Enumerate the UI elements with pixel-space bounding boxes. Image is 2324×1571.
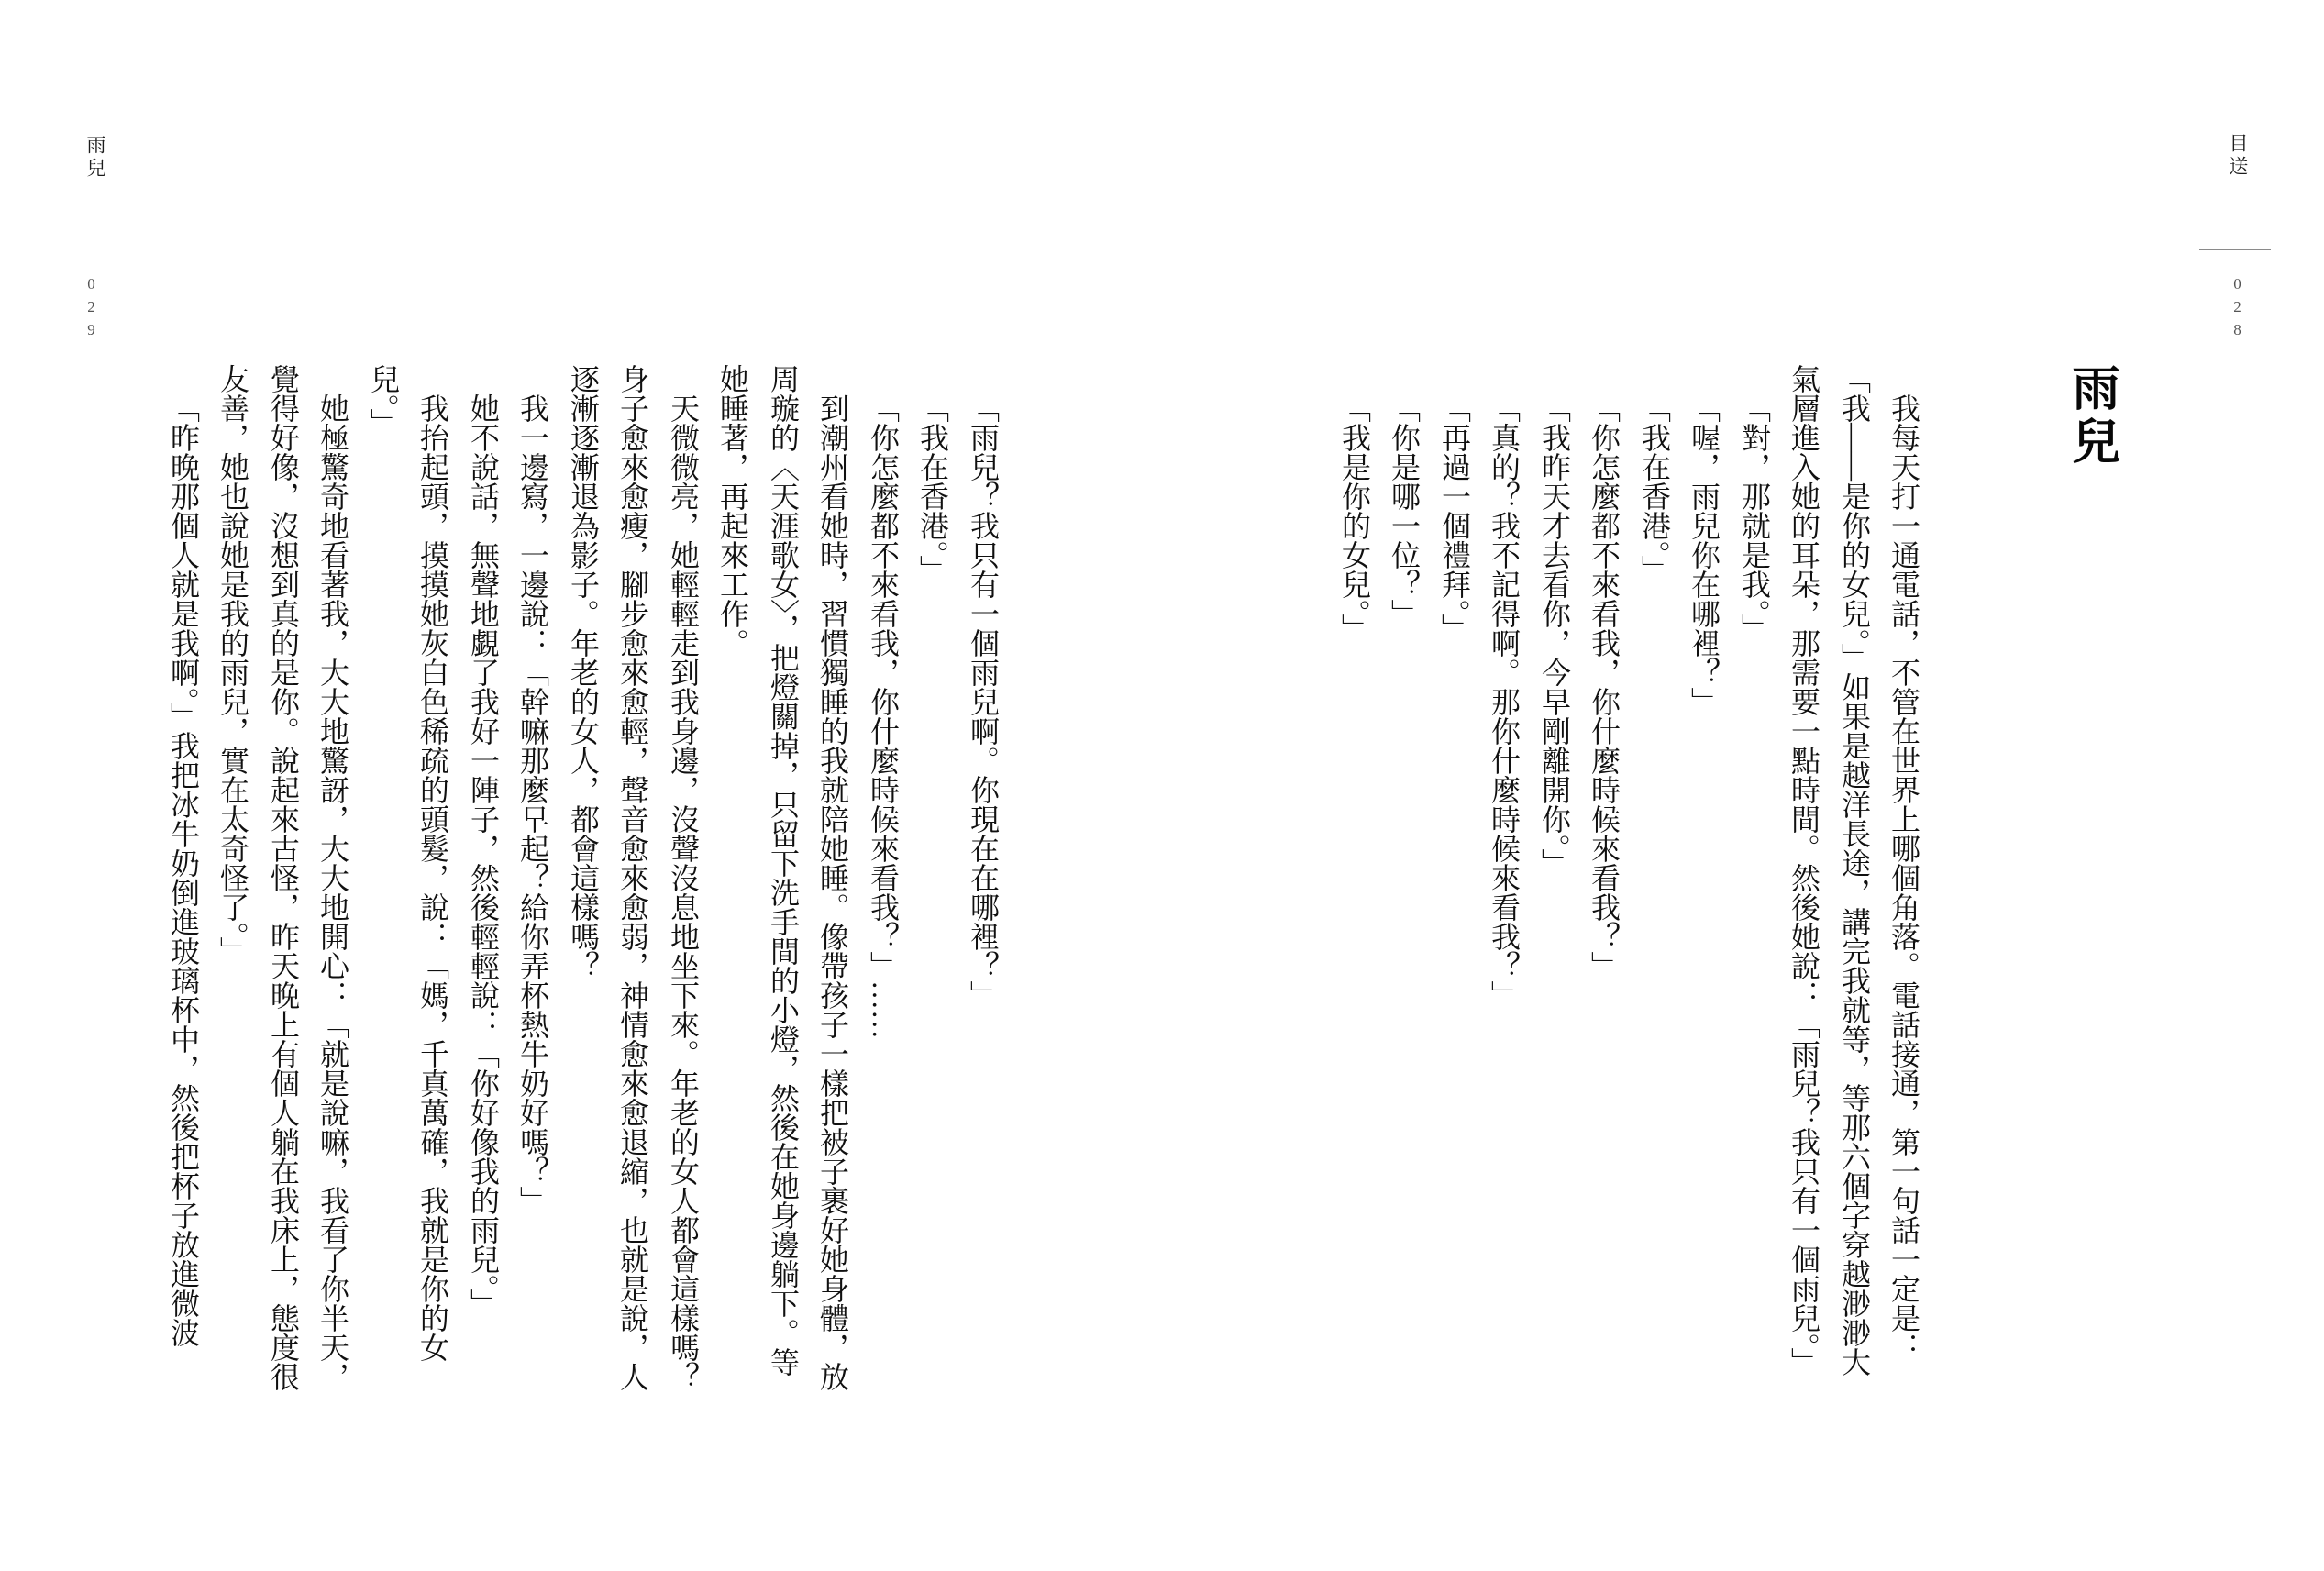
text-column: 友善，她也說她是我的雨兒，實在太奇怪了。」 — [208, 364, 258, 1446]
text-column: 周璇的〈天涯歌女〉，把燈關掉，只留下洗手間的小燈，然後在她身邊躺下。等 — [758, 364, 808, 1446]
running-header-right: 目送 — [2224, 133, 2252, 179]
page-number-right: 028 — [2228, 275, 2246, 344]
text-column: 「對，那就是我。」 — [1730, 364, 1779, 1476]
text-column: 我抬起頭，摸摸她灰白色稀疏的頭髮，說：「媽，千真萬確，我就是你的女 — [408, 364, 458, 1476]
page-number-left: 029 — [82, 275, 100, 344]
chapter-title: 雨兒 — [2056, 363, 2125, 470]
header-separator-rule — [2199, 249, 2271, 250]
text-column: 「真的？我不記得啊。那你什麼時候來看我？」 — [1479, 364, 1529, 1476]
running-header-left: 雨兒 — [82, 135, 109, 181]
text-column: 「再過一個禮拜。」 — [1430, 364, 1479, 1476]
text-column: 氣層進入她的耳朵，那需要一點時間。然後她說：「雨兒？我只有一個雨兒。」 — [1779, 364, 1829, 1446]
text-column: 我一邊寫，一邊說：「幹嘛那麼早起？給你弄杯熱牛奶好嗎？」 — [508, 364, 558, 1476]
text-column: 「我是你的女兒。」 — [1330, 364, 1379, 1476]
text-column: 「我——是你的女兒。」如果是越洋長途，講完我就等，等那六個字穿越渺渺大 — [1830, 364, 1879, 1446]
text-column: 我每天打一通電話，不管在世界上哪個角落。電話接通，第一句話一定是： — [1879, 364, 1929, 1476]
text-column: 到潮州看她時，習慣獨睡的我就陪她睡。像帶孩子一樣把被子裹好她身體，放 — [808, 364, 858, 1476]
text-column: 「你怎麼都不來看我，你什麼時候來看我？」 — [1579, 364, 1629, 1476]
text-column: 「你怎麼都不來看我，你什麼時候來看我？」…… — [858, 364, 908, 1476]
text-column: 「你是哪一位？」 — [1379, 364, 1429, 1476]
text-column: 逐漸逐漸退為影子。年老的女人，都會這樣嗎？ — [559, 364, 608, 1446]
text-column: 兒。」 — [359, 364, 408, 1446]
text-column: 「我在香港。」 — [908, 364, 957, 1476]
text-column: 「昨晚那個人就是我啊。」我把冰牛奶倒進玻璃杯中，然後把杯子放進微波 — [159, 364, 208, 1476]
text-column: 「我在香港。」 — [1630, 364, 1679, 1476]
text-column: 她不說話，無聲地覷了我好一陣子，然後輕輕說：「你好像我的雨兒。」 — [459, 364, 508, 1476]
text-column: 「雨兒？我只有一個雨兒啊。你現在在哪裡？」 — [958, 364, 1008, 1476]
text-column: 身子愈來愈瘦，腳步愈來愈輕，聲音愈來愈弱，神情愈來愈退縮，也就是說，人 — [608, 364, 658, 1446]
text-column: 「我昨天才去看你，今早剛離開你。」 — [1530, 364, 1579, 1476]
text-column: 她極驚奇地看著我，大大地驚訝，大大地開心：「就是說嘛，我看了你半天， — [308, 364, 358, 1476]
text-column: 天微微亮，她輕輕走到我身邊，沒聲沒息地坐下來。年老的女人都會這樣嗎？ — [658, 364, 708, 1476]
text-column: 她睡著，再起來工作。 — [708, 364, 758, 1446]
text-column: 覺得好像，沒想到真的是你。說起來古怪，昨天晚上有個人躺在我床上，態度很 — [259, 364, 308, 1446]
text-column: 「喔，雨兒你在哪裡？」 — [1679, 364, 1729, 1476]
